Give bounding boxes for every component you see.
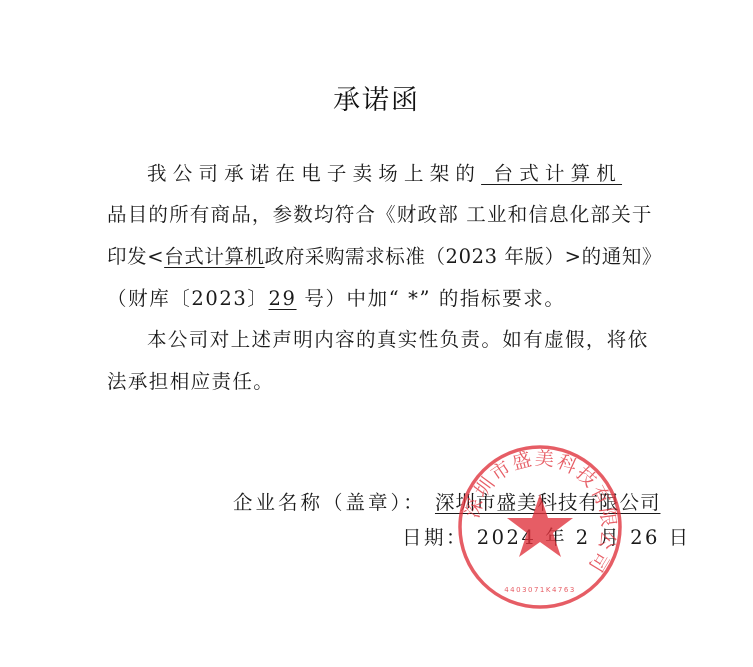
paragraph1-line3: 印发<台式计算机政府采购需求标准（2023 年版）>的通知》 <box>107 241 662 269</box>
date-month-unit: 月 <box>599 526 621 549</box>
company-name: 深圳市盛美科技有限公司 <box>435 491 661 514</box>
paragraph1-line4: （财库〔2023〕29 号）中加“ *” 的指标要求。 <box>107 283 565 311</box>
paragraph1-line1: 我公司承诺在电子卖场上架的 台式计算机 <box>147 158 622 186</box>
paragraph2-line2: 法承担相应责任。 <box>107 366 274 394</box>
line3-prefix: 印发< <box>107 245 164 268</box>
document-title: 承诺函 <box>0 78 753 117</box>
signature-label: 企业名称（盖章）： <box>233 491 426 514</box>
date-day-unit: 日 <box>669 526 691 549</box>
date-year-unit: 年 <box>545 526 567 549</box>
line4-prefix: （财库〔2023〕 <box>107 287 269 310</box>
date-day: 26 <box>630 526 660 549</box>
date-line: 日期： 2024 年 2 月 26 日 <box>402 522 691 550</box>
line4-suffix: 号）中加“ *” 的指标要求。 <box>297 287 566 310</box>
svg-text:4403071K4763: 4403071K4763 <box>504 586 576 594</box>
date-year: 2024 <box>477 526 537 549</box>
line3-suffix: 政府采购需求标准（2023 年版）>的通知》 <box>265 245 662 268</box>
line1-text: 我公司承诺在电子卖场上架的 <box>147 162 481 185</box>
paragraph2-line1: 本公司对上述声明内容的真实性负责。如有虚假，将依 <box>147 324 649 352</box>
signature-line: 企业名称（盖章）： 深圳市盛美科技有限公司 <box>233 487 660 515</box>
product-name-underlined: 台式计算机 <box>481 162 622 185</box>
document-number: 29 <box>269 287 297 310</box>
date-label: 日期： <box>402 526 468 549</box>
product-name-underlined-2: 台式计算机 <box>164 245 265 268</box>
paragraph1-line2: 品目的所有商品，参数均符合《财政部 工业和信息化部关于 <box>107 199 653 227</box>
date-month: 2 <box>576 526 591 549</box>
